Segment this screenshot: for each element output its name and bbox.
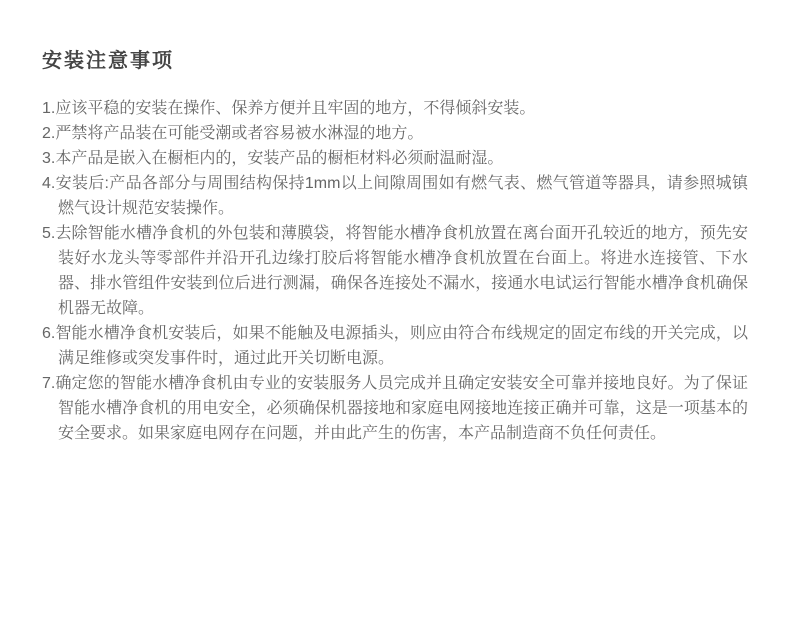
list-item-number: 7. — [42, 375, 55, 392]
list-item-text: 智能水槽净食机安装后，如果不能触及电源插头，则应由符合布线规定的固定布线的开关完… — [55, 325, 748, 367]
list-item: 3.本产品是嵌入在橱柜内的，安装产品的橱柜材料必须耐温耐湿。 — [42, 146, 748, 171]
list-item-number: 4. — [42, 175, 55, 192]
list-item: 7.确定您的智能水槽净食机由专业的安装服务人员完成并且确定安装安全可靠并接地良好… — [42, 371, 748, 446]
notice-list: 1.应该平稳的安装在操作、保养方便并且牢固的地方，不得倾斜安装。 2.严禁将产品… — [42, 96, 748, 446]
list-item: 5.去除智能水槽净食机的外包装和薄膜袋，将智能水槽净食机放置在离台面开孔较近的地… — [42, 221, 748, 321]
list-item-number: 6. — [42, 325, 55, 342]
list-item: 1.应该平稳的安装在操作、保养方便并且牢固的地方，不得倾斜安装。 — [42, 96, 748, 121]
list-item-text: 确定您的智能水槽净食机由专业的安装服务人员完成并且确定安装安全可靠并接地良好。为… — [55, 375, 748, 442]
page-title: 安装注意事项 — [42, 47, 748, 75]
list-item-number: 1. — [42, 100, 55, 117]
list-item-text: 去除智能水槽净食机的外包装和薄膜袋，将智能水槽净食机放置在离台面开孔较近的地方，… — [55, 225, 748, 317]
list-item-text: 严禁将产品装在可能受潮或者容易被水淋湿的地方。 — [55, 125, 423, 142]
document-page: 安装注意事项 1.应该平稳的安装在操作、保养方便并且牢固的地方，不得倾斜安装。 … — [0, 0, 790, 631]
list-item-number: 5. — [42, 225, 55, 242]
list-item-text: 安装后:产品各部分与周围结构保持1mm以上间隙周围如有燃气表、燃气管道等器具，请… — [55, 175, 748, 217]
list-item-number: 3. — [42, 150, 55, 167]
list-item: 4.安装后:产品各部分与周围结构保持1mm以上间隙周围如有燃气表、燃气管道等器具… — [42, 171, 748, 221]
list-item: 2.严禁将产品装在可能受潮或者容易被水淋湿的地方。 — [42, 121, 748, 146]
list-item: 6.智能水槽净食机安装后，如果不能触及电源插头，则应由符合布线规定的固定布线的开… — [42, 321, 748, 371]
list-item-number: 2. — [42, 125, 55, 142]
list-item-text: 本产品是嵌入在橱柜内的，安装产品的橱柜材料必须耐温耐湿。 — [55, 150, 503, 167]
list-item-text: 应该平稳的安装在操作、保养方便并且牢固的地方，不得倾斜安装。 — [55, 100, 535, 117]
